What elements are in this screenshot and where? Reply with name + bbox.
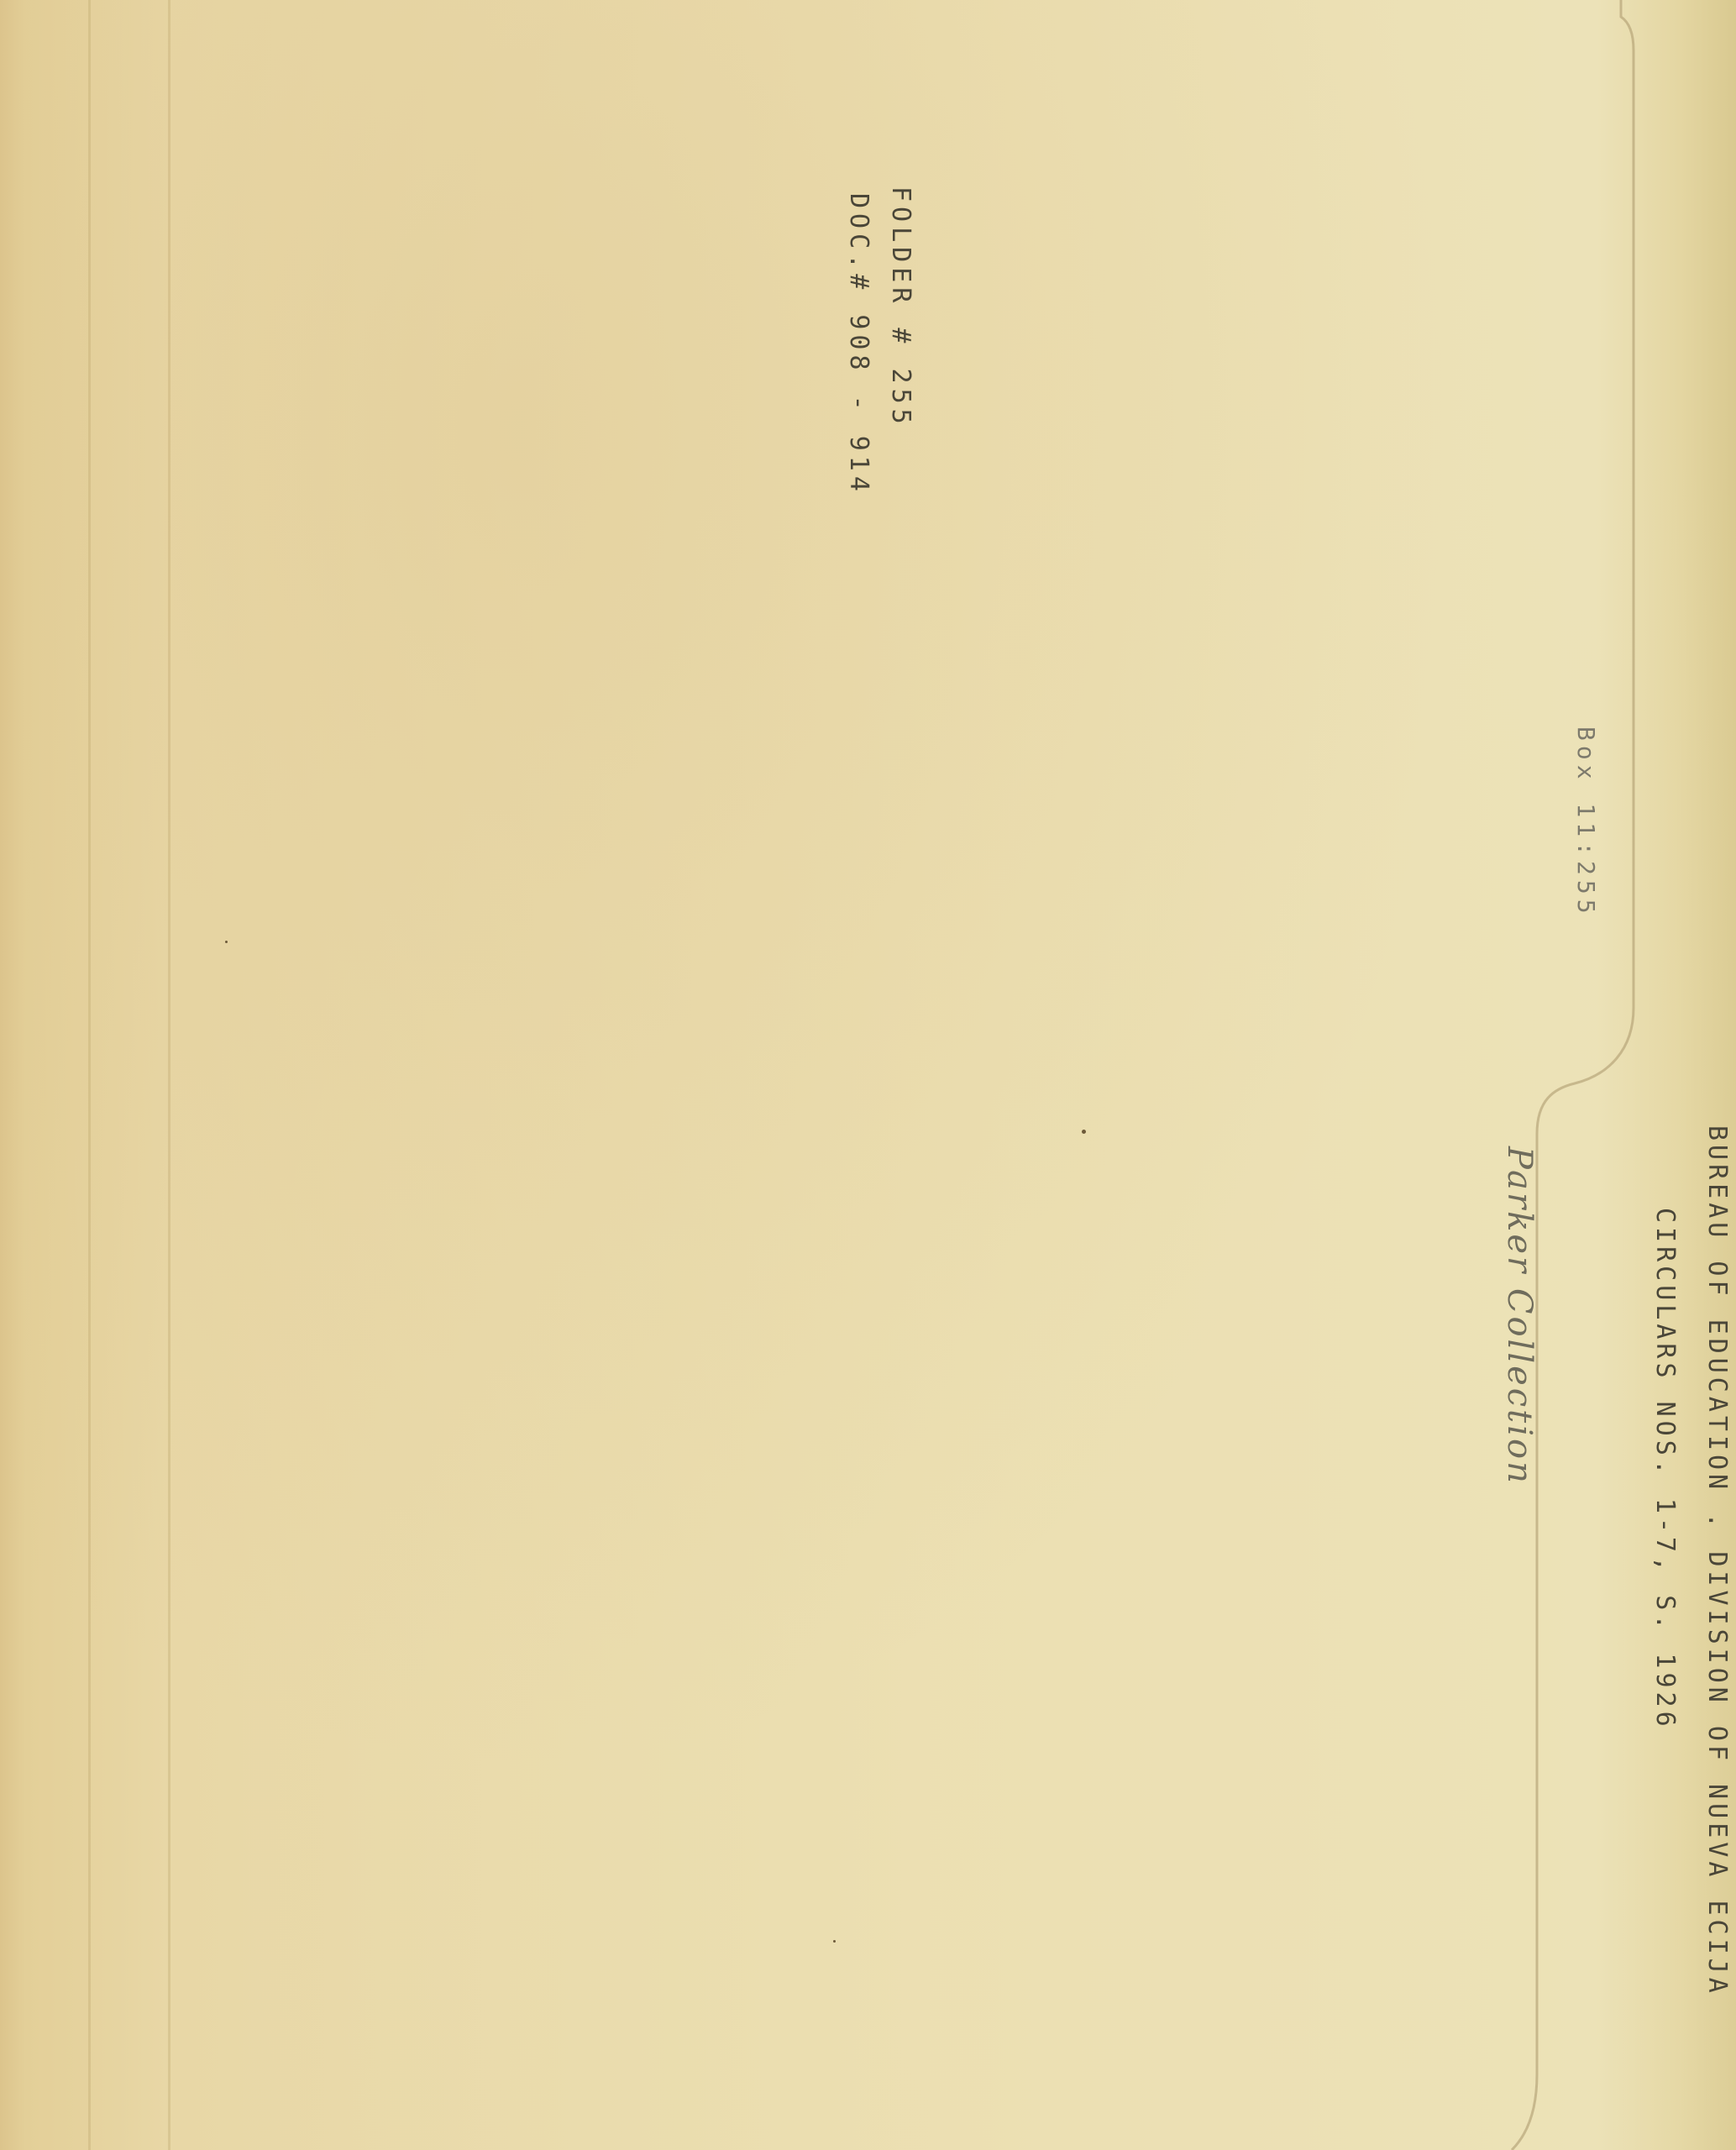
folder-number-annotation: FOLDER # 255 (886, 186, 915, 429)
folder-title-line-2: CIRCULARS NOS. 1-7, S. 1926 (1650, 1208, 1680, 1731)
doc-range-annotation: DOC.# 908 - 914 (844, 193, 873, 496)
folder-title-line-1: BUREAU OF EDUCATION . DIVISION OF NUEVA … (1702, 1125, 1732, 1997)
paper-speck (225, 941, 228, 943)
paper-speck (1082, 1130, 1086, 1134)
file-folder: FOLDER # 255 DOC.# 908 - 914 Box 11:255 … (0, 0, 1736, 2150)
paper-speck (833, 1940, 836, 1943)
box-label-annotation: Box 11:255 (1572, 726, 1600, 919)
collection-label: Parker Collection (1500, 1146, 1539, 1486)
